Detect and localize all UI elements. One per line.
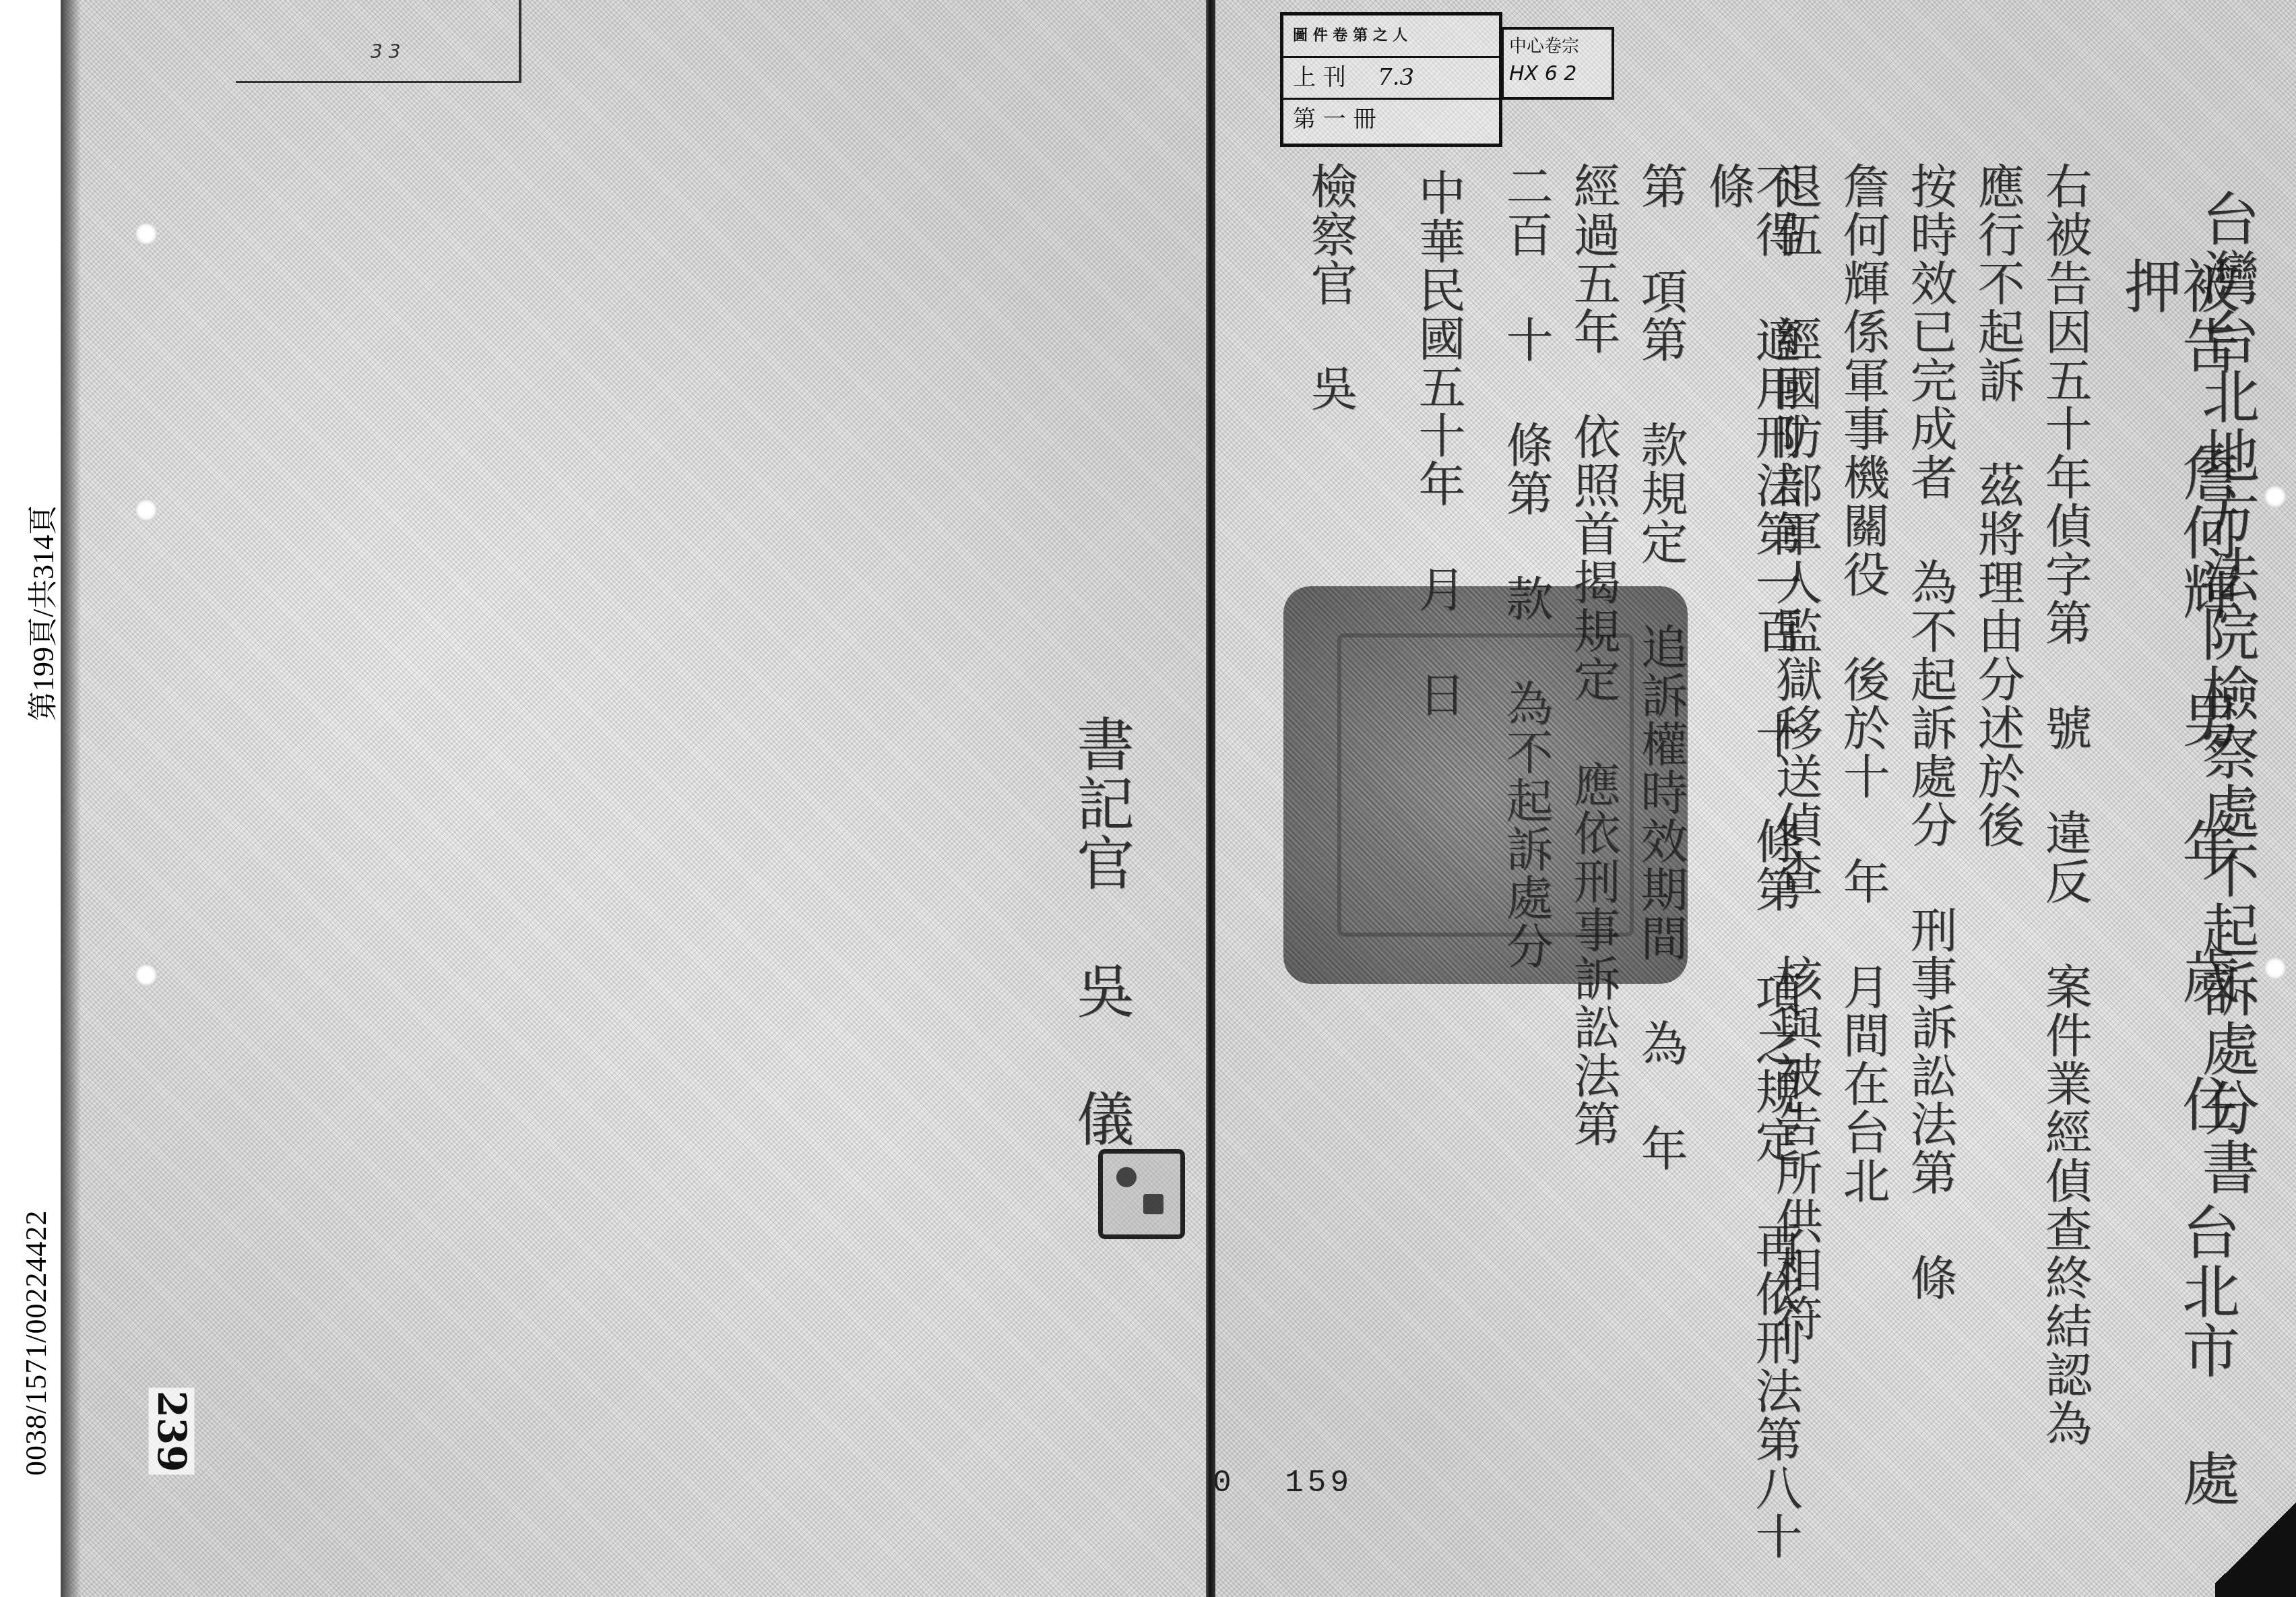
left-page xyxy=(61,0,1206,1597)
left-page-stamp-number: 239 xyxy=(149,1387,195,1474)
registration-row-2: 上 刊 7.3 xyxy=(1283,57,1499,100)
registration-row-1: 圖 件 卷 第 之 人 xyxy=(1283,15,1499,58)
right-page-number: 0 159 xyxy=(1213,1466,1353,1501)
personal-seal xyxy=(1098,1149,1185,1239)
punch-hole xyxy=(2264,957,2287,980)
court-seal-inner-border xyxy=(1337,633,1634,937)
punch-hole xyxy=(2264,485,2287,508)
registration-stamp-box: 圖 件 卷 第 之 人 上 刊 7.3 第 一 冊 xyxy=(1280,12,1502,147)
right-page-number-value: 159 xyxy=(1285,1466,1353,1501)
punch-hole xyxy=(135,964,158,987)
page-counter: 第199頁/共314頁 xyxy=(19,505,62,721)
handwritten-column: 右被告因五十年偵字第 號 違反 案件業經偵查終結認為 xyxy=(2041,162,2088,1447)
left-edge-shadow xyxy=(61,0,81,1597)
punch-hole xyxy=(135,499,158,522)
handwritten-column: 不得 適用刑法第一百 十 條第 項之規定 再依刑法第八十條 xyxy=(1704,162,1799,1597)
book-spine xyxy=(1206,0,1215,1597)
right-page-number-prefix: 0 xyxy=(1213,1466,1236,1501)
court-seal xyxy=(1283,586,1688,984)
archive-reference: 0038/1571/00224422 xyxy=(19,1210,53,1476)
registration-row-2-label: 上 刊 xyxy=(1293,64,1346,91)
classification-line-2: HX 6 2 xyxy=(1509,62,1576,86)
handwritten-column: 按時效已完成者 為不起訴處分 刑事訴訟法第 條 xyxy=(1907,162,1954,1302)
ledger-stamp-box: 3 3 xyxy=(236,0,521,83)
page-corner-fold xyxy=(2215,1489,2296,1597)
handwritten-column: 書記官 吳 儀 xyxy=(1071,714,1129,1148)
registration-row-2-value: 7.3 xyxy=(1378,57,1414,98)
punch-hole xyxy=(135,222,158,245)
handwritten-column: 詹何輝係軍事機關役 後於十 年 月間在台北 xyxy=(1839,162,1886,1205)
ledger-stamp-text: 3 3 xyxy=(371,40,401,63)
registration-row-3: 第 一 冊 xyxy=(1283,99,1499,139)
classification-line-1: 中心卷宗 xyxy=(1509,32,1579,57)
handwritten-column: 被告 詹何輝 男 年 歲 住 台北市 處 押 xyxy=(2119,256,2235,1597)
handwritten-column: 檢察官 吳 xyxy=(1307,162,1354,412)
classification-stamp-box: 中心卷宗 HX 6 2 xyxy=(1501,27,1614,100)
handwritten-column: 應行不起訴 茲將理由分述於後 xyxy=(1974,162,2021,849)
